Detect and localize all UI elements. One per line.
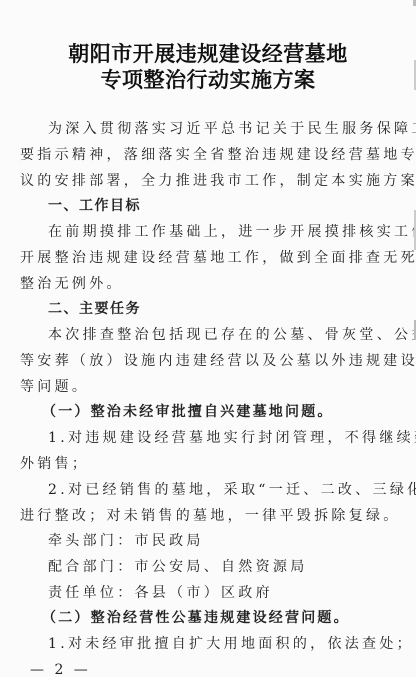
paragraph-line: 在前期摸排工作基础上，进一步开展摸排核实工作，大力 [48, 223, 400, 241]
paragraph-line: 本次排查整治包括现已存在的公墓、骨灰堂、公益性墓地 [48, 326, 400, 344]
paragraph-line: 议的安排部署，全力推进我市工作，制定本实施方案。 [20, 172, 400, 190]
section-heading: 二、主要任务 [48, 300, 400, 318]
subsection-heading: （二）整治经营性公墓违规建设经营问题。 [42, 609, 394, 627]
lead-department: 牵头部门：市民政局 [48, 532, 400, 550]
paragraph-line: 1.对违规建设经营墓地实行封闭管理，不得继续建设和对 [48, 429, 400, 447]
paragraph-line: 2.对已经销售的墓地，采取“一迁、二改、三绿化”方式 [48, 481, 400, 499]
title-line-2: 专项整治行动实施方案 [0, 64, 416, 94]
paragraph-line: 1.对未经审批擅自扩大用地面积的，依法查处； [48, 635, 400, 653]
paragraph-line: 要指示精神，落细落实全省整治违规建设经营墓地专项行动会 [20, 146, 400, 164]
cooperating-departments: 配合部门：市公安局、自然资源局 [48, 558, 400, 576]
subsection-heading: （一）整治未经审批擅自兴建墓地问题。 [42, 403, 394, 421]
section-heading: 一、工作目标 [48, 197, 400, 215]
responsible-unit: 责任单位：各县（市）区政府 [48, 584, 400, 602]
paragraph-line: 开展整治违规建设经营墓地工作，做到全面排查无死角，全面 [20, 249, 400, 267]
paragraph-line: 整治无例外。 [20, 275, 400, 293]
paragraph-line: 为深入贯彻落实习近平总书记关于民生服务保障工作的重 [48, 120, 400, 138]
paragraph-line: 等安葬（放）设施内违建经营以及公墓以外违规建设硬化大墓 [20, 352, 400, 370]
paragraph-line: 外销售； [20, 455, 400, 473]
paragraph-line: 等问题。 [20, 378, 400, 396]
page-number: — 2 — [30, 662, 91, 677]
paragraph-line: 进行整改；对未销售的墓地，一律平毁拆除复绿。 [20, 507, 400, 525]
